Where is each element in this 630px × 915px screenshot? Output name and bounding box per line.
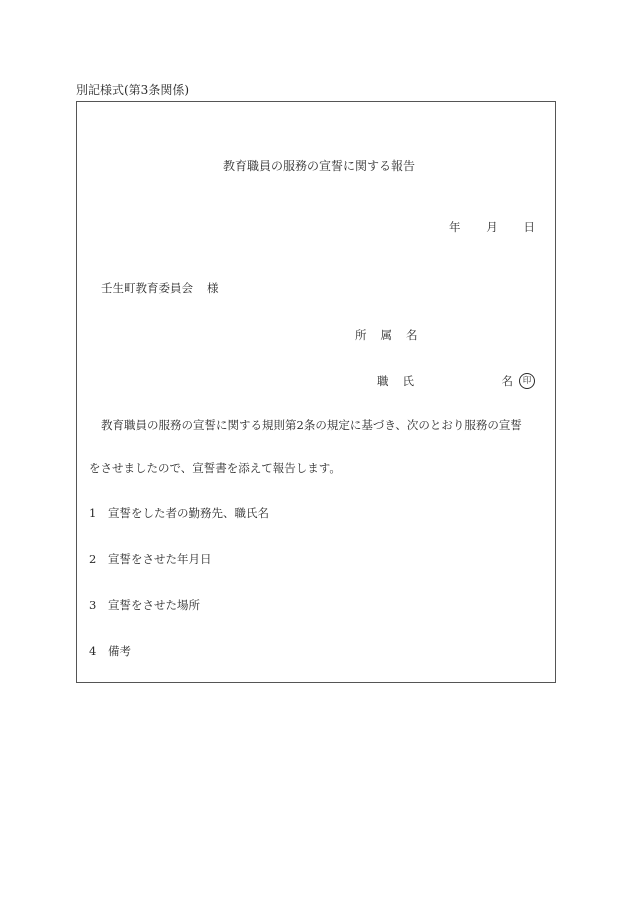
form-style-label: 別記様式(第3条関係) (76, 83, 189, 97)
affiliation-label: 所 属 名 (355, 328, 418, 342)
report-form: 教育職員の服務の宣誓に関する報告 年 月 日 壬生町教育委員会様 所 属 名 職… (76, 101, 556, 683)
affiliation-char-2: 属 (381, 328, 393, 342)
body-text-line-1: 教育職員の服務の宣誓に関する規則第2条の規定に基づき、次のとおり服務の宣誓 (101, 418, 522, 432)
position-name-row: 職 氏 名 印 (377, 373, 535, 389)
date-row: 年 月 日 (449, 220, 535, 234)
list-item: 1 宣誓をした者の勤務先、職氏名 (89, 506, 269, 520)
list-item: 3 宣誓をさせた場所 (89, 598, 200, 612)
item-number: 1 (89, 506, 108, 520)
date-month-label: 月 (486, 220, 498, 234)
surname-char: 氏 (403, 374, 415, 388)
item-text: 宣誓をした者の勤務先、職氏名 (108, 506, 269, 520)
document-title: 教育職員の服務の宣誓に関する報告 (223, 159, 415, 173)
addressee: 壬生町教育委員会様 (101, 281, 219, 295)
seal-icon: 印 (519, 373, 535, 389)
affiliation-char-1: 所 (355, 328, 367, 342)
item-text: 宣誓をさせた場所 (108, 598, 200, 612)
body-text-line-2: をさせましたので、宣誓書を添えて報告します。 (89, 461, 341, 475)
date-day-label: 日 (524, 220, 536, 234)
item-number: 2 (89, 552, 108, 566)
item-number: 4 (89, 644, 108, 658)
item-text: 宣誓をさせた年月日 (108, 552, 212, 566)
affiliation-char-3: 名 (406, 328, 418, 342)
list-item: 2 宣誓をさせた年月日 (89, 552, 212, 566)
item-text: 備考 (108, 644, 131, 658)
addressee-name: 壬生町教育委員会 (101, 281, 193, 295)
date-year-label: 年 (449, 220, 461, 234)
position-char: 職 (377, 374, 389, 388)
addressee-honorific: 様 (207, 281, 219, 295)
name-char: 名 (502, 374, 514, 388)
item-number: 3 (89, 598, 108, 612)
list-item: 4 備考 (89, 644, 131, 658)
